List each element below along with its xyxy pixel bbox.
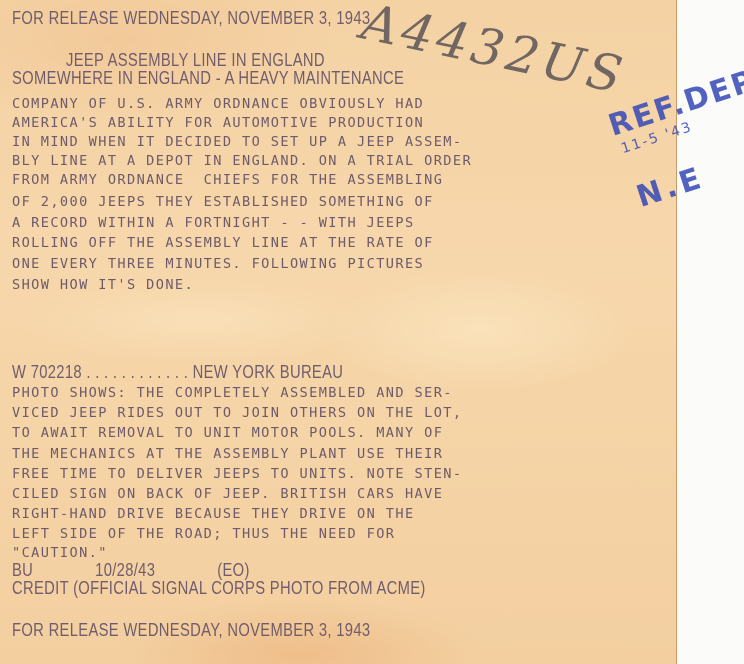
caption-line: LEFT SIDE OF THE ROAD; THUS THE NEED FOR xyxy=(12,526,395,542)
intro-line: IN MIND WHEN IT DECIDED TO SET UP A JEEP… xyxy=(12,134,462,150)
intro-line: ROLLING OFF THE ASSEMBLY LINE AT THE RAT… xyxy=(12,235,434,251)
intro-line: AMERICA'S ABILITY FOR AUTOMOTIVE PRODUCT… xyxy=(12,115,424,131)
release-footer: FOR RELEASE WEDNESDAY, NOVEMBER 3, 1943 xyxy=(12,622,370,638)
photo-id-line: W 702218 . . . . . . . . . . . . NEW YOR… xyxy=(12,364,343,380)
intro-line: A RECORD WITHIN A FORTNIGHT - - WITH JEE… xyxy=(12,215,415,231)
intro-line: SHOW HOW IT'S DONE. xyxy=(12,277,194,293)
caption-line: "CAUTION." xyxy=(12,545,108,561)
intro-line: ONE EVERY THREE MINUTES. FOLLOWING PICTU… xyxy=(12,256,424,272)
caption-line: THE MECHANICS AT THE ASSEMBLY PLANT USE … xyxy=(12,446,443,462)
caption-line: RIGHT-HAND DRIVE BECAUSE THEY DRIVE ON T… xyxy=(12,506,415,522)
intro-line: COMPANY OF U.S. ARMY ORDNANCE OBVIOUSLY … xyxy=(12,96,424,112)
intro-line: BLY LINE AT A DEPOT IN ENGLAND. ON A TRI… xyxy=(12,153,472,169)
caption-line: FREE TIME TO DELIVER JEEPS TO UNITS. NOT… xyxy=(12,466,462,482)
caption-line: TO AWAIT REMOVAL TO UNIT MOTOR POOLS. MA… xyxy=(12,425,443,441)
caption-line: PHOTO SHOWS: THE COMPLETELY ASSEMBLED AN… xyxy=(12,385,453,401)
release-header: FOR RELEASE WEDNESDAY, NOVEMBER 3, 1943 xyxy=(12,10,370,26)
intro-line: OF 2,000 JEEPS THEY ESTABLISHED SOMETHIN… xyxy=(12,194,434,210)
caption-line: CILED SIGN ON BACK OF JEEP. BRITISH CARS… xyxy=(12,486,443,502)
intro-line: FROM ARMY ORDNANCE CHIEFS FOR THE ASSEMB… xyxy=(12,172,443,188)
press-photo-caption-sheet: FOR RELEASE WEDNESDAY, NOVEMBER 3, 1943 … xyxy=(0,0,677,664)
handwritten-archive-number: A4432US xyxy=(357,0,631,105)
article-title: JEEP ASSEMBLY LINE IN ENGLAND xyxy=(66,52,325,68)
intro-line: SOMEWHERE IN ENGLAND - A HEAVY MAINTENAN… xyxy=(12,70,404,86)
byline: BU 10/28/43 (EO) xyxy=(12,562,250,578)
credit-line: CREDIT (OFFICIAL SIGNAL CORPS PHOTO FROM… xyxy=(12,580,426,596)
caption-line: VICED JEEP RIDES OUT TO JOIN OTHERS ON T… xyxy=(12,405,462,421)
